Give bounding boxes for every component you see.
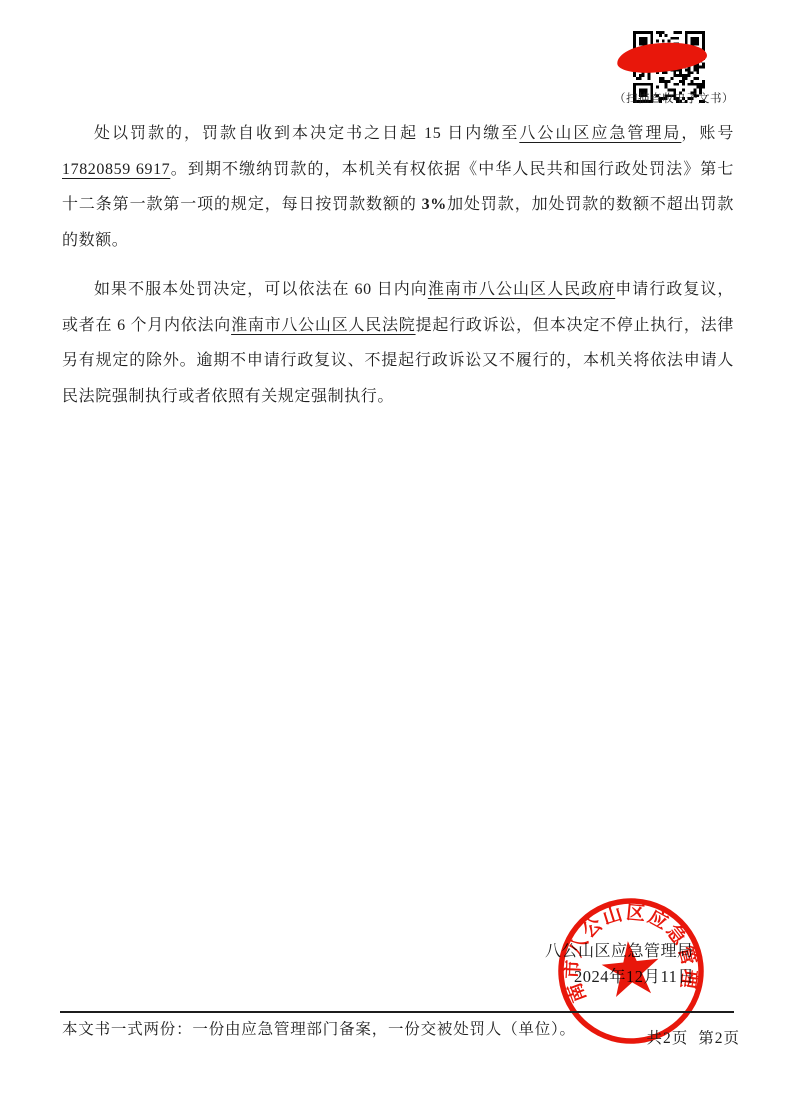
paragraph-appeal-rights: 如果不服本处罚决定，可以依法在 60 日内向淮南市八公山区人民政府申请行政复议，… (62, 272, 734, 414)
footer-note: 本文书一式两份：一份由应急管理部门备案，一份交被处罚人（单位）。 (62, 1017, 576, 1039)
text-run: ，账号 (681, 125, 734, 142)
text-run: 处以罚款的，罚款自收到本决定书之日起 15 日内缴至 (94, 125, 519, 142)
paragraph-penalty-payment: 处以罚款的，罚款自收到本决定书之日起 15 日内缴至八公山区应急管理局，账号 1… (62, 116, 734, 258)
qr-block: （扫描查收电子文书） (610, 28, 730, 110)
text-run: 淮南市八公山区人民法院 (231, 317, 415, 334)
text-run: 17820859 6917 (62, 161, 170, 178)
footer-divider (60, 1011, 734, 1013)
qr-caption: （扫描查收电子文书） (614, 90, 730, 106)
document-body: 处以罚款的，罚款自收到本决定书之日起 15 日内缴至八公山区应急管理局，账号 1… (62, 116, 734, 414)
total-pages: 共2页 (646, 1030, 688, 1047)
current-page: 第2页 (698, 1030, 740, 1047)
document-page: （扫描查收电子文书） 处以罚款的，罚款自收到本决定书之日起 15 日内缴至八公山… (0, 0, 789, 1118)
seal-star-icon (599, 938, 661, 998)
text-run: 淮南市八公山区人民政府 (428, 281, 615, 298)
text-run: 八公山区应急管理局 (519, 125, 681, 142)
text-run: 3% (422, 196, 447, 213)
page-indicator: 共2页第2页 (646, 1026, 740, 1048)
text-run: 如果不服本处罚决定，可以依法在 60 日内向 (94, 281, 428, 298)
